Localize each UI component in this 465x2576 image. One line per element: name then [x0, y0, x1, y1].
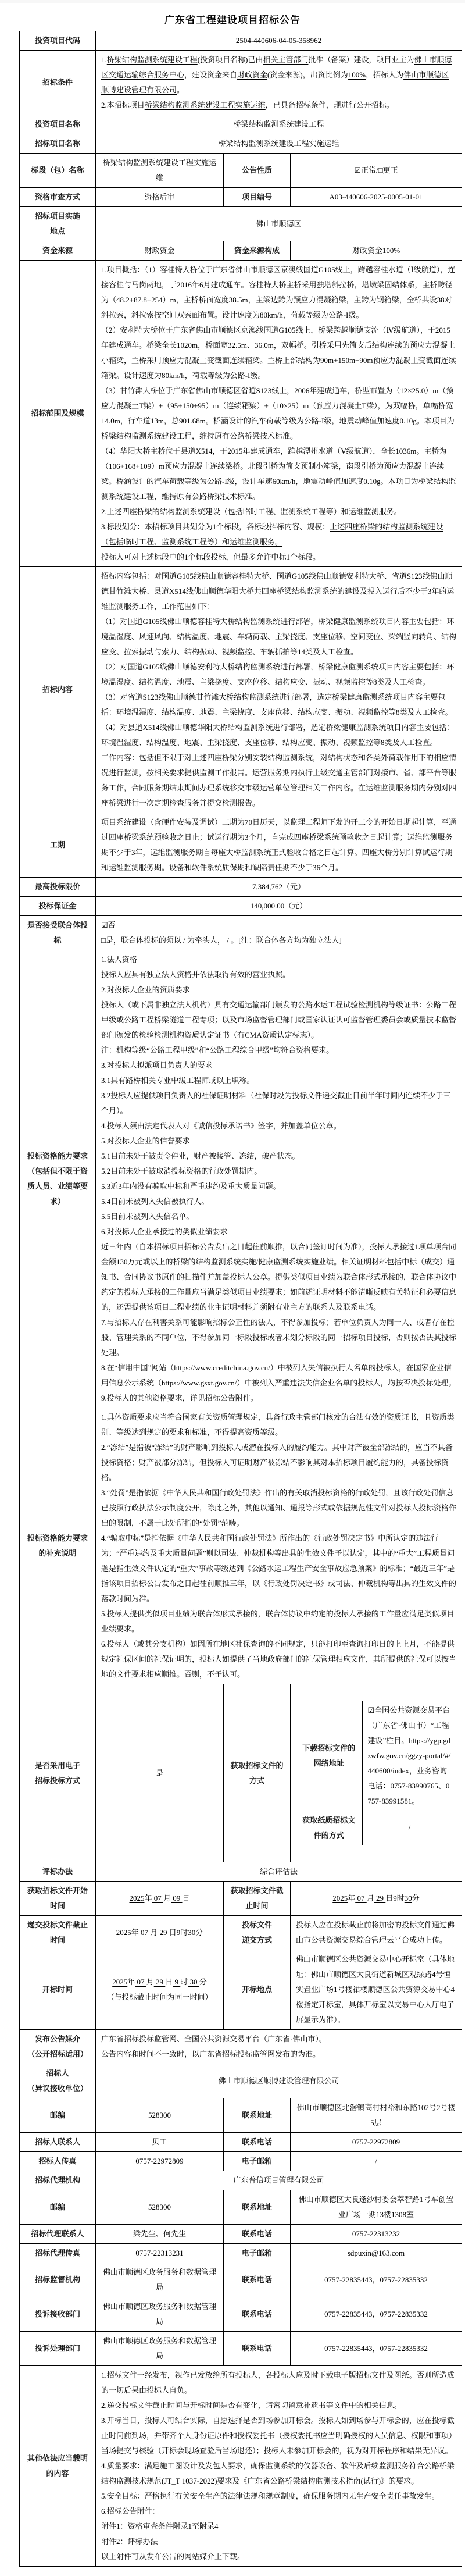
agency-zip-value: 528300	[96, 2190, 224, 2225]
complaint-handle-label: 投诉处理部门	[20, 2332, 96, 2366]
complaint-handle-phone-label: 联系电话	[224, 2332, 291, 2366]
agency-email-label: 电子邮箱	[224, 2244, 291, 2263]
scope-label: 招标范围及规模	[20, 261, 96, 567]
submit-method-value: 投标人应在投标截止前将加密的投标文件通过佛山市公共资源交易综合管理云平台成功上传…	[291, 1916, 462, 1950]
consortium-value: ☑否 □是，联合体投标的须以 / 为牵头人， / 。[注：联合体各方均为独立法人…	[96, 916, 462, 950]
other-contents-value: 1.招标文件一经发布，视作已发放给所有投标人，各投标人应及时下载电子版招标文件及…	[96, 2366, 462, 2567]
content-label: 招标内容	[20, 567, 96, 813]
download-address-value: ☑全国公共资源交易平台（广东省·佛山市）“工程建设”栏目。https://ygp…	[362, 1701, 456, 1811]
row-doc-times: 获取招标文件开始 时间 2025年 07 月 09 日 获取招标文件截 止时间 …	[20, 1882, 462, 1916]
row-section-and-nature: 标段（包）名称 桥梁结构监测系统建设工程实施运维 公告性质 ☑正常/□更正	[20, 154, 462, 188]
agency-fax-label: 招标代理传真	[20, 2244, 96, 2263]
fund-composition-value: 财政资金100%	[291, 241, 462, 261]
paper-document-label: 获取纸质招标文件的方式	[296, 1811, 362, 1845]
duration-value: 项目系统建设（含硬件安装及调试）工期为70日历天，以监理工程师下发的开工令的开始…	[96, 813, 462, 878]
media-value: 广东省招标投标监管网、全国公共资源交易平台（广东省·佛山市）。 公告内容和时间不…	[96, 2030, 462, 2064]
agency-address-value: 佛山市顺德区大良逢沙村委会萃智路1号车创置业广场一期13楼1308室	[291, 2190, 462, 2225]
fund-source-value: 财政资金	[96, 241, 224, 261]
get-document-method-cell: 下载招标文件的网络地址 ☑全国公共资源交易平台（广东省·佛山市）“工程建设”栏目…	[291, 1684, 462, 1862]
electronic-bidding-label: 是否采用电子 招标投标方式	[20, 1684, 96, 1862]
row-consortium: 是否接受联合体投标 ☑否 □是，联合体投标的须以 / 为牵头人， / 。[注：联…	[20, 916, 462, 950]
bid-bond-label: 投标保证金	[20, 897, 96, 916]
complaint-receive-label: 投诉接收部门	[20, 2297, 96, 2332]
row-other-contents: 其他依法应当载明 的内容 1.招标文件一经发布，视作已发放给所有投标人，各投标人…	[20, 2366, 462, 2567]
notice-nature-label: 公告性质	[224, 154, 291, 188]
complaint-receive-phone-value: 0757-22835443，0757-22835332	[291, 2297, 462, 2332]
paper-document-value: /	[362, 1811, 456, 1845]
row-investment-name: 投资项目名称 桥梁结构监测系统建设工程	[20, 115, 462, 134]
tenderer-phone-label: 联系电话	[224, 2133, 291, 2152]
row-opening: 开标时间 2025年 07 月 29 日 9 时 30 分 （与投标截止时间为同…	[20, 1950, 462, 2030]
media-label: 发布公告媒介 （公开招标适用）	[20, 2030, 96, 2064]
tender-conditions-label: 招标条件	[20, 51, 96, 115]
complaint-receive-value: 佛山市顺德区政务服务和数据管理局	[96, 2297, 224, 2332]
tenderer-email-label: 电子邮箱	[224, 2152, 291, 2171]
doc-start-value: 2025年 07 月 09 日	[96, 1882, 224, 1916]
submit-method-label: 投标文件 递交方式	[224, 1916, 291, 1950]
row-agency-zip-addr: 邮编 528300 联系地址 佛山市顺德区大良逢沙村委会萃智路1号车创置业广场一…	[20, 2190, 462, 2225]
consortium-label: 是否接受联合体投标	[20, 916, 96, 950]
agency-email-value: sdpuxin@163.com	[291, 2244, 462, 2263]
qualification-label: 投标资格能力要求（包括但不限于资质人员、业绩等要求）	[20, 950, 96, 1408]
row-media: 发布公告媒介 （公开招标适用） 广东省招标投标监管网、全国公共资源交易平台（广东…	[20, 2030, 462, 2064]
row-supervisor: 招标监督机构 佛山市顺德区政务服务和数据管理局 联系电话 0757-228354…	[20, 2263, 462, 2297]
agency-phone-value: 0757-22313232	[291, 2225, 462, 2244]
project-number-value: A03-440606-2025-0005-01-01	[291, 188, 462, 207]
open-time-label: 开标时间	[20, 1950, 96, 2030]
tender-project-name-label: 招标项目名称	[20, 134, 96, 154]
project-code-value: 2504-440606-04-05-358962	[96, 31, 462, 51]
agency-contact-label: 招标代理联系人	[20, 2225, 96, 2244]
tenderer-label: 招标人 （异议接收单位）	[20, 2064, 96, 2098]
row-tenderer-zip-addr: 邮编 528300 联系地址 佛山市顺德区北滘镇高村村裕和东路102号2号楼5层	[20, 2098, 462, 2133]
submit-deadline-value: 2025年 07 月 29 日9时30分	[96, 1916, 224, 1950]
complaint-handle-phone-value: 0757-22835443，0757-22835332	[291, 2332, 462, 2366]
row-complaint-handle: 投诉处理部门 佛山市顺德区政务服务和数据管理局 联系电话 0757-228354…	[20, 2332, 462, 2366]
tenderer-phone-value: 0757-22972809	[291, 2133, 462, 2152]
fund-source-label: 资金来源	[20, 241, 96, 261]
bid-bond-value: 140,000.00（元）	[96, 897, 462, 916]
qualification-notes-value: 1.具体资质要求应当符合国家有关资质管理规定，具备行政主管部门核发的合法有效的资…	[96, 1408, 462, 1684]
row-complaint-receive: 投诉接收部门 佛山市顺德区政务服务和数据管理局 联系电话 0757-228354…	[20, 2297, 462, 2332]
qualification-notes-label: 投标资格能力要求 的补充说明	[20, 1408, 96, 1684]
max-price-value: 7,384,762（元）	[96, 878, 462, 897]
tenderer-contact-label: 招标人联系人	[20, 2133, 96, 2152]
tenderer-contact-value: 贝工	[96, 2133, 224, 2152]
supervisor-phone-label: 联系电话	[224, 2263, 291, 2297]
row-max-price: 最高投标限价 7,384,762（元）	[20, 878, 462, 897]
complaint-handle-value: 佛山市顺德区政务服务和数据管理局	[96, 2332, 224, 2366]
agency-contact-value: 梁先生、何先生	[96, 2225, 224, 2244]
scope-value: 1.项目概括：（1）容桂特大桥位于广东省佛山市顺德区京澳线国道G105线上，跨越…	[96, 261, 462, 567]
page-top-divider	[0, 0, 465, 3]
submit-deadline-label: 递交投标文件截止 时间	[20, 1916, 96, 1950]
agency-zip-label: 邮编	[20, 2190, 96, 2225]
fund-composition-label: 资金来源构成	[224, 241, 291, 261]
row-scope: 招标范围及规模 1.项目概括：（1）容桂特大桥位于广东省佛山市顺德区京澳线国道G…	[20, 261, 462, 567]
tenderer-email-value: /	[291, 2152, 462, 2171]
tenderer-fax-value: 0757-22972809	[96, 2152, 224, 2171]
agency-fax-value: 0757-22313231	[96, 2244, 224, 2263]
row-paper-document: 获取纸质招标文件的方式 /	[296, 1811, 456, 1845]
tender-conditions-value: 1.桥梁结构监测系统建设工程(投资项目名称)已由相关主管部门批准（备案）建设，项…	[96, 51, 462, 115]
agency-address-label: 联系地址	[224, 2190, 291, 2225]
supervisor-value: 佛山市顺德区政务服务和数据管理局	[96, 2263, 224, 2297]
qualification-value: 1.法人资格 投标人应具有独立法人资格并依法取得有效的营业执照。 2.对投标人企…	[96, 950, 462, 1408]
open-time-value: 2025年 07 月 29 日 9 时 30 分 （与投标截止时间为同一时间）	[96, 1950, 224, 2030]
tenderer-zip-value: 528300	[96, 2098, 224, 2133]
duration-label: 工期	[20, 813, 96, 878]
agency-value: 广东普信项目管理有限公司	[96, 2171, 462, 2190]
notice-nature-value: ☑正常/□更正	[291, 154, 462, 188]
tenderer-zip-label: 邮编	[20, 2098, 96, 2133]
row-bid-bond: 投标保证金 140,000.00（元）	[20, 897, 462, 916]
qualify-method-label: 资格审查方式	[20, 188, 96, 207]
supervisor-phone-value: 0757-22835443，0757-22835332	[291, 2263, 462, 2297]
tenderer-address-value: 佛山市顺德区北滘镇高村村裕和东路102号2号楼5层	[291, 2098, 462, 2133]
project-number-label: 项目编号	[224, 188, 291, 207]
get-document-method-label: 获取招标文件的 方式	[224, 1684, 291, 1862]
row-duration: 工期 项目系统建设（含硬件安装及调试）工期为70日历天，以监理工程师下发的开工令…	[20, 813, 462, 878]
investment-name-label: 投资项目名称	[20, 115, 96, 134]
row-qualification: 投标资格能力要求（包括但不限于资质人员、业绩等要求） 1.法人资格 投标人应具有…	[20, 950, 462, 1408]
tenderer-value: 佛山市顺德区顺博建设管理有限公司	[96, 2064, 462, 2098]
agency-phone-label: 联系电话	[224, 2225, 291, 2244]
investment-name-value: 桥梁结构监测系统建设工程	[96, 115, 462, 134]
open-place-value: 佛山市顺德区公共资源交易中心开标室（具体地址：佛山市顺德区大良街道新城区观绿路4…	[291, 1950, 462, 2030]
location-value: 佛山市顺德区	[96, 207, 462, 241]
row-tenderer-contact: 招标人联系人 贝工 联系电话 0757-22972809	[20, 2133, 462, 2152]
location-label: 招标项目实施 地点	[20, 207, 96, 241]
row-tender-conditions: 招标条件 1.桥梁结构监测系统建设工程(投资项目名称)已由相关主管部门批准（备案…	[20, 51, 462, 115]
page-title: 广东省工程建设项目招标公告	[0, 12, 465, 26]
doc-start-label: 获取招标文件开始 时间	[20, 1882, 96, 1916]
row-submit: 递交投标文件截止 时间 2025年 07 月 29 日9时30分 投标文件 递交…	[20, 1916, 462, 1950]
row-download-address: 下载招标文件的网络地址 ☑全国公共资源交易平台（广东省·佛山市）“工程建设”栏目…	[296, 1701, 456, 1811]
row-eval-method: 评标办法 综合评估法	[20, 1862, 462, 1882]
get-document-method-inner-table: 下载招标文件的网络地址 ☑全国公共资源交易平台（广东省·佛山市）“工程建设”栏目…	[296, 1701, 456, 1845]
complaint-receive-phone-label: 联系电话	[224, 2297, 291, 2332]
row-qualify-and-projno: 资格审查方式 资格后审 项目编号 A03-440606-2025-0005-01…	[20, 188, 462, 207]
tenderer-fax-label: 招标人传真	[20, 2152, 96, 2171]
row-content: 招标内容 招标内容包括：对国道G105线佛山顺德容桂特大桥、国道G105线佛山顺…	[20, 567, 462, 813]
eval-method-label: 评标办法	[20, 1862, 96, 1882]
row-agency-contact: 招标代理联系人 梁先生、何先生 联系电话 0757-22313232	[20, 2225, 462, 2244]
content-value: 招标内容包括：对国道G105线佛山顺德容桂特大桥、国道G105线佛山顺德安利特大…	[96, 567, 462, 813]
row-qualification-notes: 投标资格能力要求 的补充说明 1.具体资质要求应当符合国家有关资质管理规定，具备…	[20, 1408, 462, 1684]
row-project-code: 投资项目代码 2504-440606-04-05-358962	[20, 31, 462, 51]
row-agency: 招标代理机构 广东普信项目管理有限公司	[20, 2171, 462, 2190]
row-fund-source: 资金来源 财政资金 资金来源构成 财政资金100%	[20, 241, 462, 261]
row-agency-fax-email: 招标代理传真 0757-22313231 电子邮箱 sdpuxin@163.co…	[20, 2244, 462, 2263]
row-tenderer-fax-email: 招标人传真 0757-22972809 电子邮箱 /	[20, 2152, 462, 2171]
section-name-label: 标段（包）名称	[20, 154, 96, 188]
supervisor-label: 招标监督机构	[20, 2263, 96, 2297]
tender-announcement-table: 投资项目代码 2504-440606-04-05-358962 招标条件 1.桥…	[19, 31, 462, 2567]
row-tender-project-name: 招标项目名称 桥梁结构监测系统建设工程实施运维	[20, 134, 462, 154]
tenderer-address-label: 联系地址	[224, 2098, 291, 2133]
doc-end-label: 获取招标文件截 止时间	[224, 1882, 291, 1916]
doc-end-value: 2025年 07 月 29 日9时30分	[291, 1882, 462, 1916]
row-electronic-bidding: 是否采用电子 招标投标方式 是 获取招标文件的 方式 下载招标文件的网络地址 ☑…	[20, 1684, 462, 1862]
row-tenderer: 招标人 （异议接收单位） 佛山市顺德区顺博建设管理有限公司	[20, 2064, 462, 2098]
tender-project-name-value: 桥梁结构监测系统建设工程实施运维	[96, 134, 462, 154]
section-name-value: 桥梁结构监测系统建设工程实施运维	[96, 154, 224, 188]
eval-method-value: 综合评估法	[96, 1862, 462, 1882]
agency-label: 招标代理机构	[20, 2171, 96, 2190]
electronic-bidding-value: 是	[96, 1684, 224, 1862]
download-address-label: 下载招标文件的网络地址	[296, 1701, 362, 1811]
row-location: 招标项目实施 地点 佛山市顺德区	[20, 207, 462, 241]
max-price-label: 最高投标限价	[20, 878, 96, 897]
qualify-method-value: 资格后审	[96, 188, 224, 207]
other-contents-label: 其他依法应当载明 的内容	[20, 2366, 96, 2567]
open-place-label: 开标地点	[224, 1950, 291, 2030]
project-code-label: 投资项目代码	[20, 31, 96, 51]
